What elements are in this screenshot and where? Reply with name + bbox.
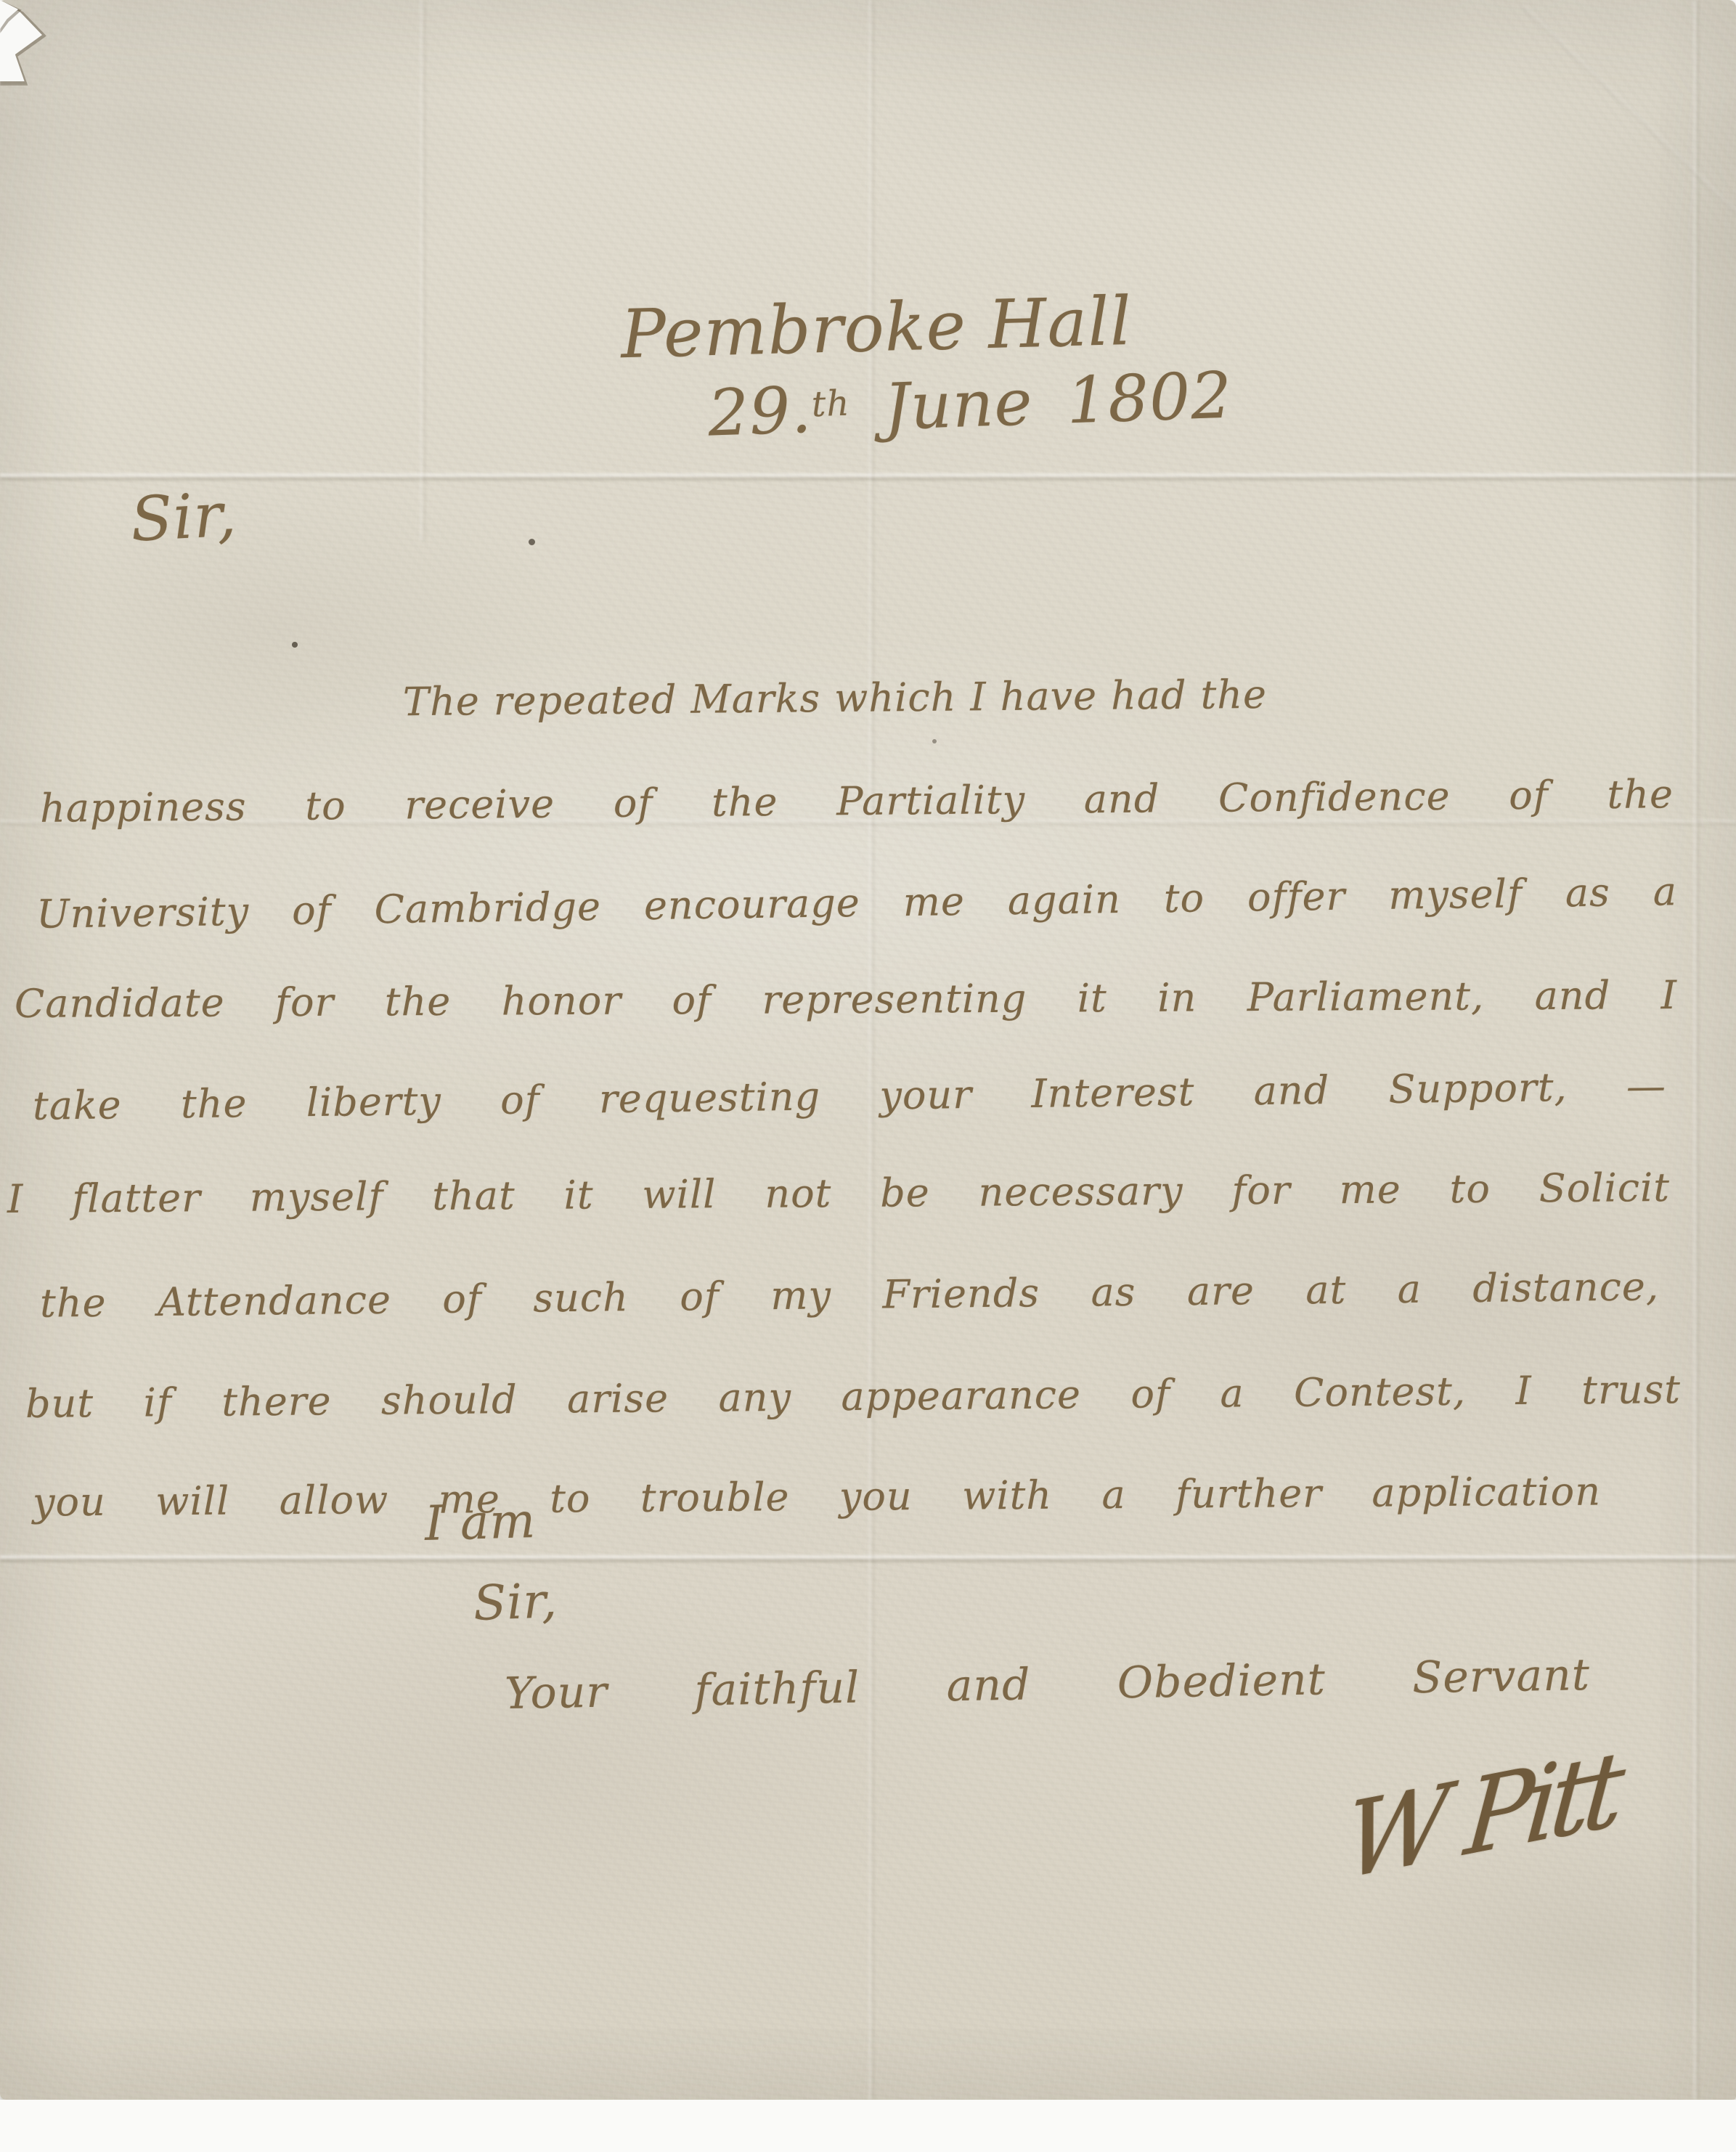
fold-crease-vertical-left	[420, 0, 426, 541]
paper-sheet: Pembroke Hall 29.th June 1802 Sir, The r…	[0, 0, 1736, 2100]
letter-closing-sir: Sir,	[473, 1573, 558, 1631]
scanned-letter: Pembroke Hall 29.th June 1802 Sir, The r…	[0, 0, 1736, 2152]
letter-body-line-8: but if there should arise any appearance…	[25, 1366, 1681, 1427]
letter-heading-place: Pembroke Hall	[620, 282, 1133, 373]
letter-salutation: Sir,	[129, 478, 239, 555]
fold-crease-vertical-right-edge	[1693, 0, 1700, 2100]
letter-body-line-1: The repeated Marks which I have had the	[403, 672, 1268, 725]
letter-body-line-5: take the liberty of requesting your Inte…	[33, 1063, 1667, 1128]
date-day: 29.	[706, 372, 812, 451]
date-month-year: June 1802	[883, 357, 1234, 444]
letter-body-line-4: Candidate for the honor of representing …	[15, 972, 1677, 1027]
letter-signature: W Pitt	[1340, 1729, 1622, 1904]
date-ordinal-suffix: th	[811, 383, 851, 425]
letter-body-line-7: the Attendance of such of my Friends as …	[40, 1263, 1660, 1326]
letter-body-line-9: you will allow me to trouble you with a …	[33, 1468, 1601, 1525]
ink-speck-1	[292, 642, 298, 648]
letter-heading-date: 29.th June 1802	[706, 357, 1233, 450]
ink-speck-2	[529, 539, 535, 545]
letter-body-line-6: I flatter myself that it will not be nec…	[7, 1165, 1670, 1222]
letter-body-line-3: University of Cambridge encourage me aga…	[36, 868, 1678, 937]
ink-speck-3	[932, 739, 937, 743]
scanner-bed-bottom	[0, 2100, 1736, 2152]
letter-closing-valediction: Your faithful and Obedient Servant	[505, 1650, 1591, 1719]
letter-closing-i-am: I am	[424, 1493, 537, 1552]
fold-crease-diagonal-top-right	[1522, 5, 1736, 221]
scan-background: { "letter": { "place": "Pembroke Hall", …	[0, 0, 1736, 2152]
